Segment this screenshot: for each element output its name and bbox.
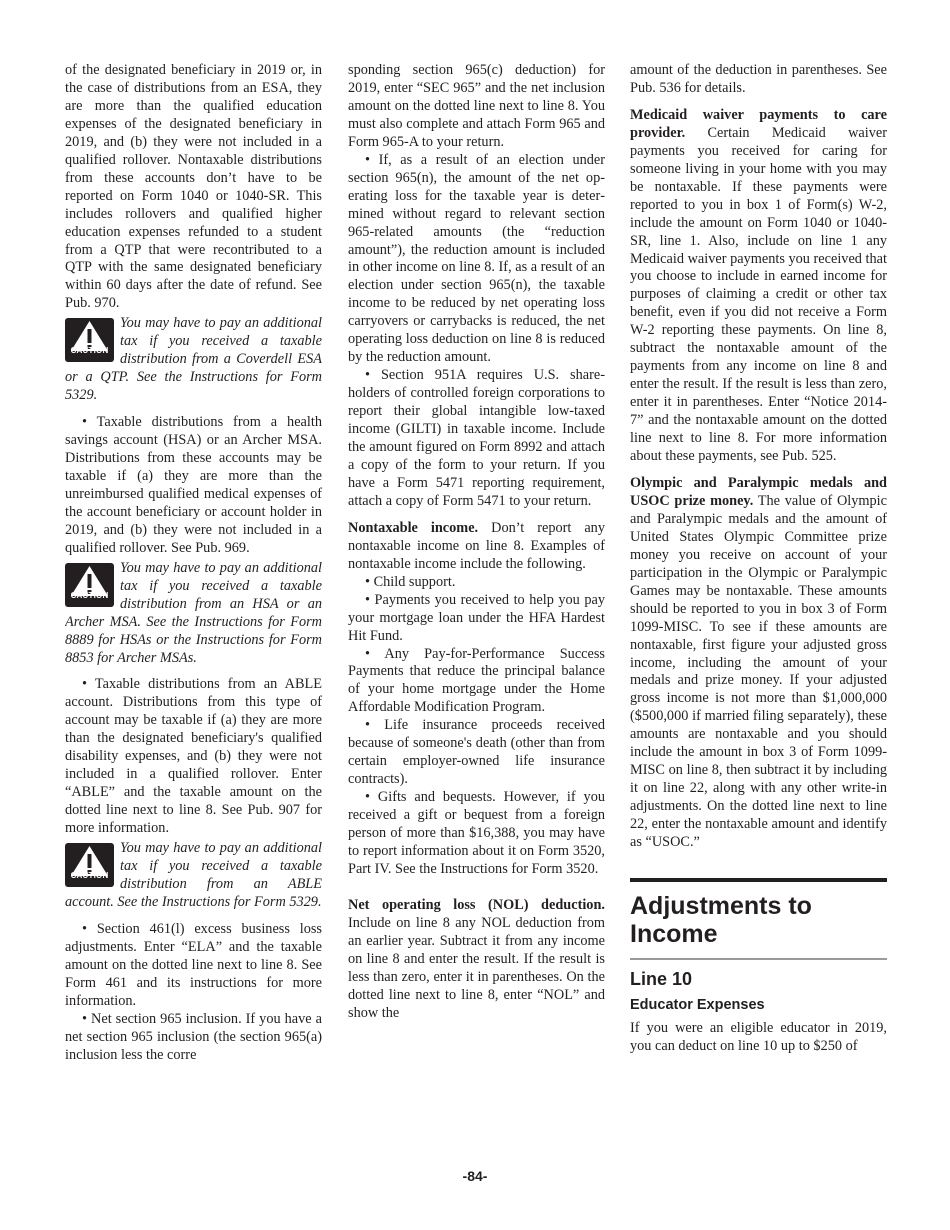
paragraph-educator-expenses: If you were an eligible educator in 2019… (630, 1020, 887, 1056)
bullet-able-distributions: • Taxable distributions from an ABLE acc… (65, 676, 322, 838)
column-2: sponding section 965(c) deduction) for 2… (348, 62, 605, 1023)
column-3: amount of the deduction in parentheses. … (630, 62, 887, 1056)
section-title: Adjustments to Income (630, 892, 887, 948)
paragraph-olympic-medals: Olympic and Paralympic medals and USOC p… (630, 475, 887, 852)
column-1: of the designated beneficiary in 2019 or… (65, 62, 322, 1064)
caution-note-hsa: CAUTION You may have to pay an addi­tion… (65, 560, 322, 668)
bullet-section-951a: • Section 951A requires U.S. share­holde… (348, 367, 605, 511)
paragraph-medicaid-waiver: Medicaid waiver payments to care provide… (630, 107, 887, 466)
list-item: • Child support. (348, 574, 605, 592)
bullet-section-965n: • If, as a result of an election under s… (348, 152, 605, 367)
page-number: -84- (0, 1168, 950, 1184)
line-heading: Line 10 (630, 968, 887, 990)
list-item: • Life insurance proceeds received becau… (348, 717, 605, 789)
caution-icon: CAUTION (65, 843, 114, 887)
caution-icon: CAUTION (65, 563, 114, 607)
nontaxable-income-heading: Nontaxable income. (348, 520, 478, 536)
list-item: • Any Pay-for-Performance Success Paymen… (348, 646, 605, 718)
paragraph-nol-cont: amount of the deduction in parentheses. … (630, 62, 887, 98)
caution-note-coverdell: CAUTION You may have to pay an addi­tion… (65, 315, 322, 405)
bullet-section-461l: • Section 461(l) excess business loss ad… (65, 921, 322, 1011)
nol-deduction-heading: Net operating loss (NOL) deduction. (348, 897, 605, 913)
bullet-section-965: • Net section 965 inclusion. If you have… (65, 1011, 322, 1065)
paragraph-qtp-esa: of the designated beneficiary in 2019 or… (65, 62, 322, 313)
paragraph-nol-deduction: Net operating loss (NOL) deduction. Incl… (348, 897, 605, 1023)
paragraph-sec-965-cont: sponding section 965(c) deduction) for 2… (348, 62, 605, 152)
caution-icon: CAUTION (65, 318, 114, 362)
paragraph-nontaxable-income: Nontaxable income. Don’t report any nont… (348, 520, 605, 574)
list-item: • Payments you received to help you pay … (348, 592, 605, 646)
section-divider-thin (630, 958, 887, 960)
bullet-hsa-distributions: • Taxable distributions from a health sa… (65, 414, 322, 558)
list-item: • Gifts and bequests. However, if you re… (348, 789, 605, 879)
section-divider-thick (630, 878, 887, 882)
subheading-educator-expenses: Educator Expenses (630, 996, 887, 1014)
caution-note-able: CAUTION You may have to pay an addi­tion… (65, 840, 322, 912)
